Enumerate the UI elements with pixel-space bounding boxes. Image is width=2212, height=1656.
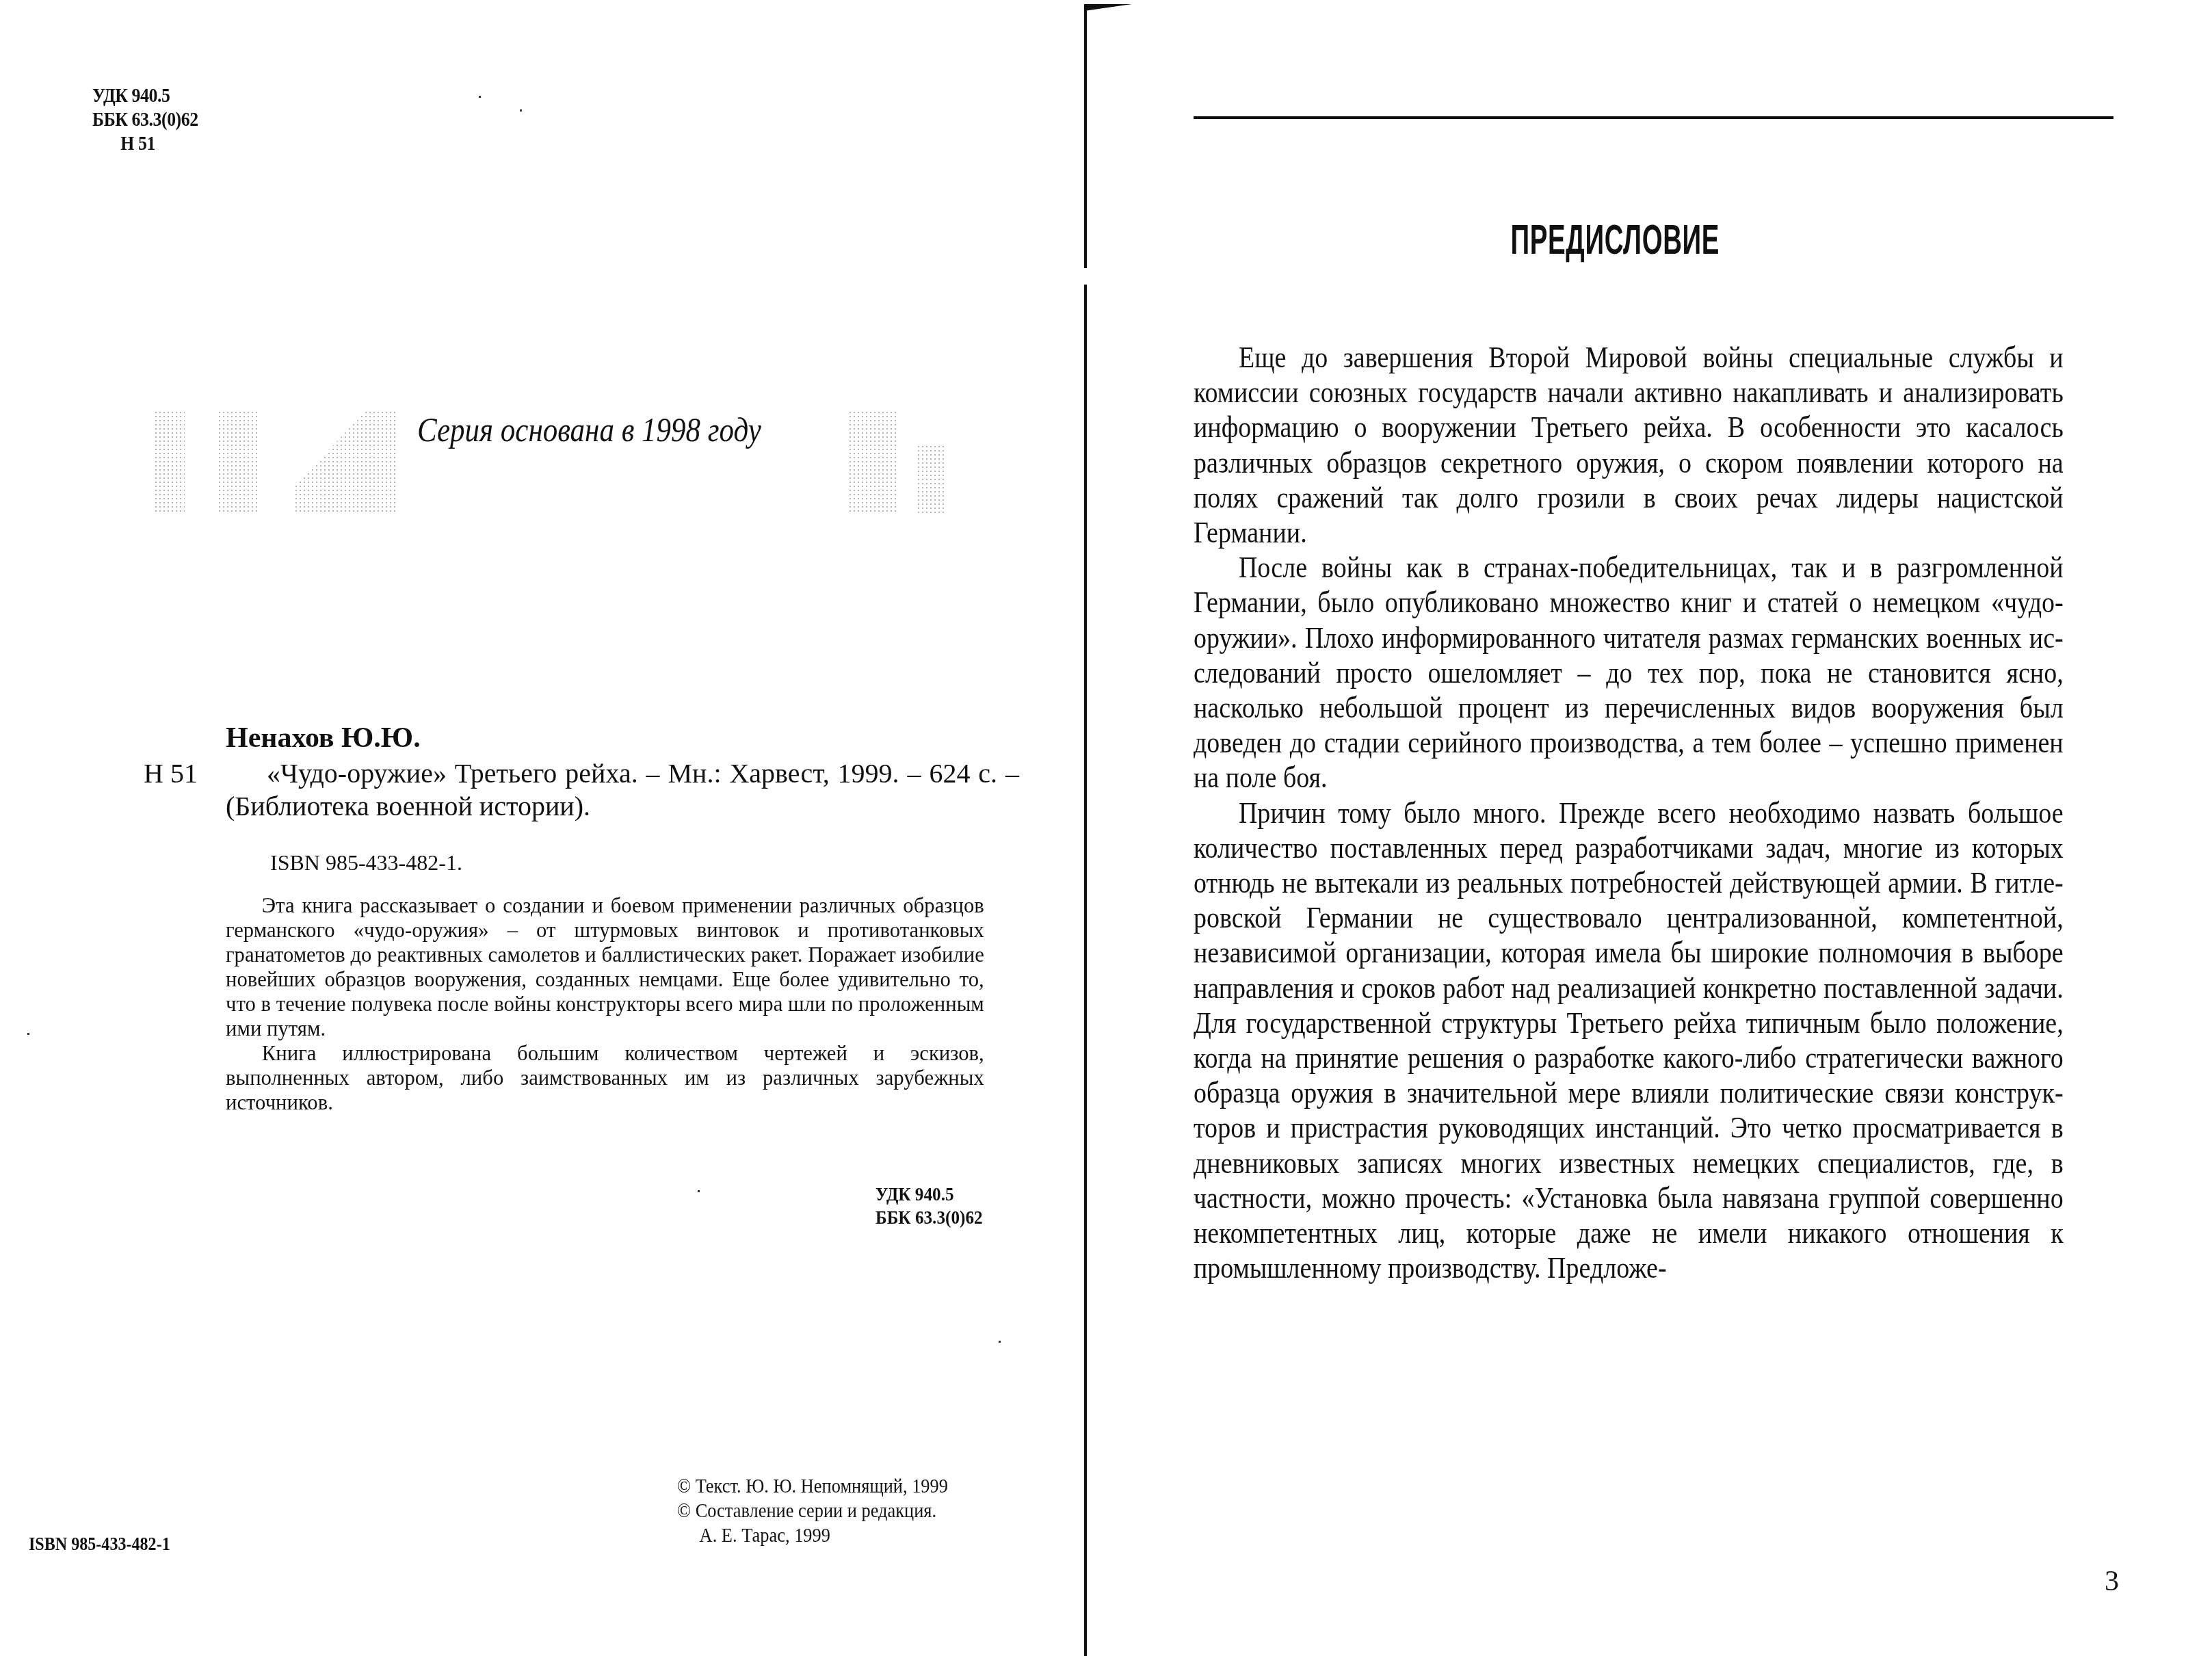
imprint-page: УДК 940.5 ББК 63.3(0)62 Н 51 Серия основ…: [0, 0, 1086, 1656]
author-mark: Н 51: [92, 131, 198, 155]
series-logo-soldier-left-3: [294, 410, 397, 513]
record-author: Ненахов Ю.Ю.: [226, 722, 421, 754]
isbn-bottom: ISBN 985-433-482-1: [29, 1534, 170, 1555]
series-logo-soldier-left-2: [218, 410, 259, 513]
record-description: «Чудо-оружие» Третьего рейха. – Мн.: Хар…: [226, 757, 1019, 823]
udk-code: УДК 940.5: [92, 83, 198, 107]
chapter-rule: [1194, 116, 2114, 119]
scan-speck: [27, 1033, 29, 1035]
copyright-text: © Текст. Ю. Ю. Непомнящий, 1999: [677, 1474, 948, 1499]
preface-page: ПРЕДИСЛОВИЕ Еще до завершения Второй Мир…: [1086, 0, 2212, 1656]
book-annotation: Эта книга рассказывает о создании и боев…: [226, 893, 984, 1114]
catalog-codes-top: УДК 940.5 ББК 63.3(0)62 Н 51: [92, 83, 198, 155]
chapter-title: ПРЕДИСЛОВИЕ: [1086, 218, 2144, 263]
series-founded-note: Серия основана в 1998 году: [417, 409, 761, 450]
preface-paragraph: После войны как в странах-победительница…: [1194, 550, 2064, 795]
udk-code: УДК 940.5: [875, 1183, 983, 1207]
bbk-code: ББК 63.3(0)62: [875, 1207, 983, 1230]
preface-paragraph: Причин тому было много. Прежде всего нео…: [1194, 796, 2064, 1286]
annotation-paragraph: Книга иллюстрирована большим количеством…: [226, 1040, 984, 1114]
annotation-paragraph: Эта книга рассказывает о создании и боев…: [226, 893, 984, 1040]
series-logo-soldier-right-1: [848, 410, 896, 513]
record-author-mark: Н 51: [144, 757, 198, 790]
scan-speck: [698, 1190, 700, 1192]
scan-speck: [520, 109, 522, 111]
chapter-title-text: ПРЕДИСЛОВИЕ: [1510, 218, 1719, 263]
copyright-series-editor: А. Е. Тарас, 1999: [677, 1523, 948, 1548]
page-number: 3: [2105, 1566, 2119, 1596]
preface-paragraph: Еще до завершения Второй Мировой войны с…: [1194, 340, 2064, 550]
preface-body: Еще до завершения Второй Мировой войны с…: [1194, 340, 2064, 1285]
series-logo-soldier-right-2: [917, 445, 944, 513]
copyright-series: © Составление серии и редакция.: [677, 1499, 948, 1523]
catalog-codes-bottom: УДК 940.5 ББК 63.3(0)62: [875, 1183, 983, 1230]
scan-speck: [479, 96, 481, 98]
record-isbn: ISBN 985-433-482-1.: [270, 846, 462, 879]
copyright-block: © Текст. Ю. Ю. Непомнящий, 1999 © Состав…: [677, 1474, 948, 1548]
scan-speck: [999, 1341, 1001, 1343]
series-logo-soldier-left-1: [154, 410, 185, 513]
bbk-code: ББК 63.3(0)62: [92, 107, 198, 131]
